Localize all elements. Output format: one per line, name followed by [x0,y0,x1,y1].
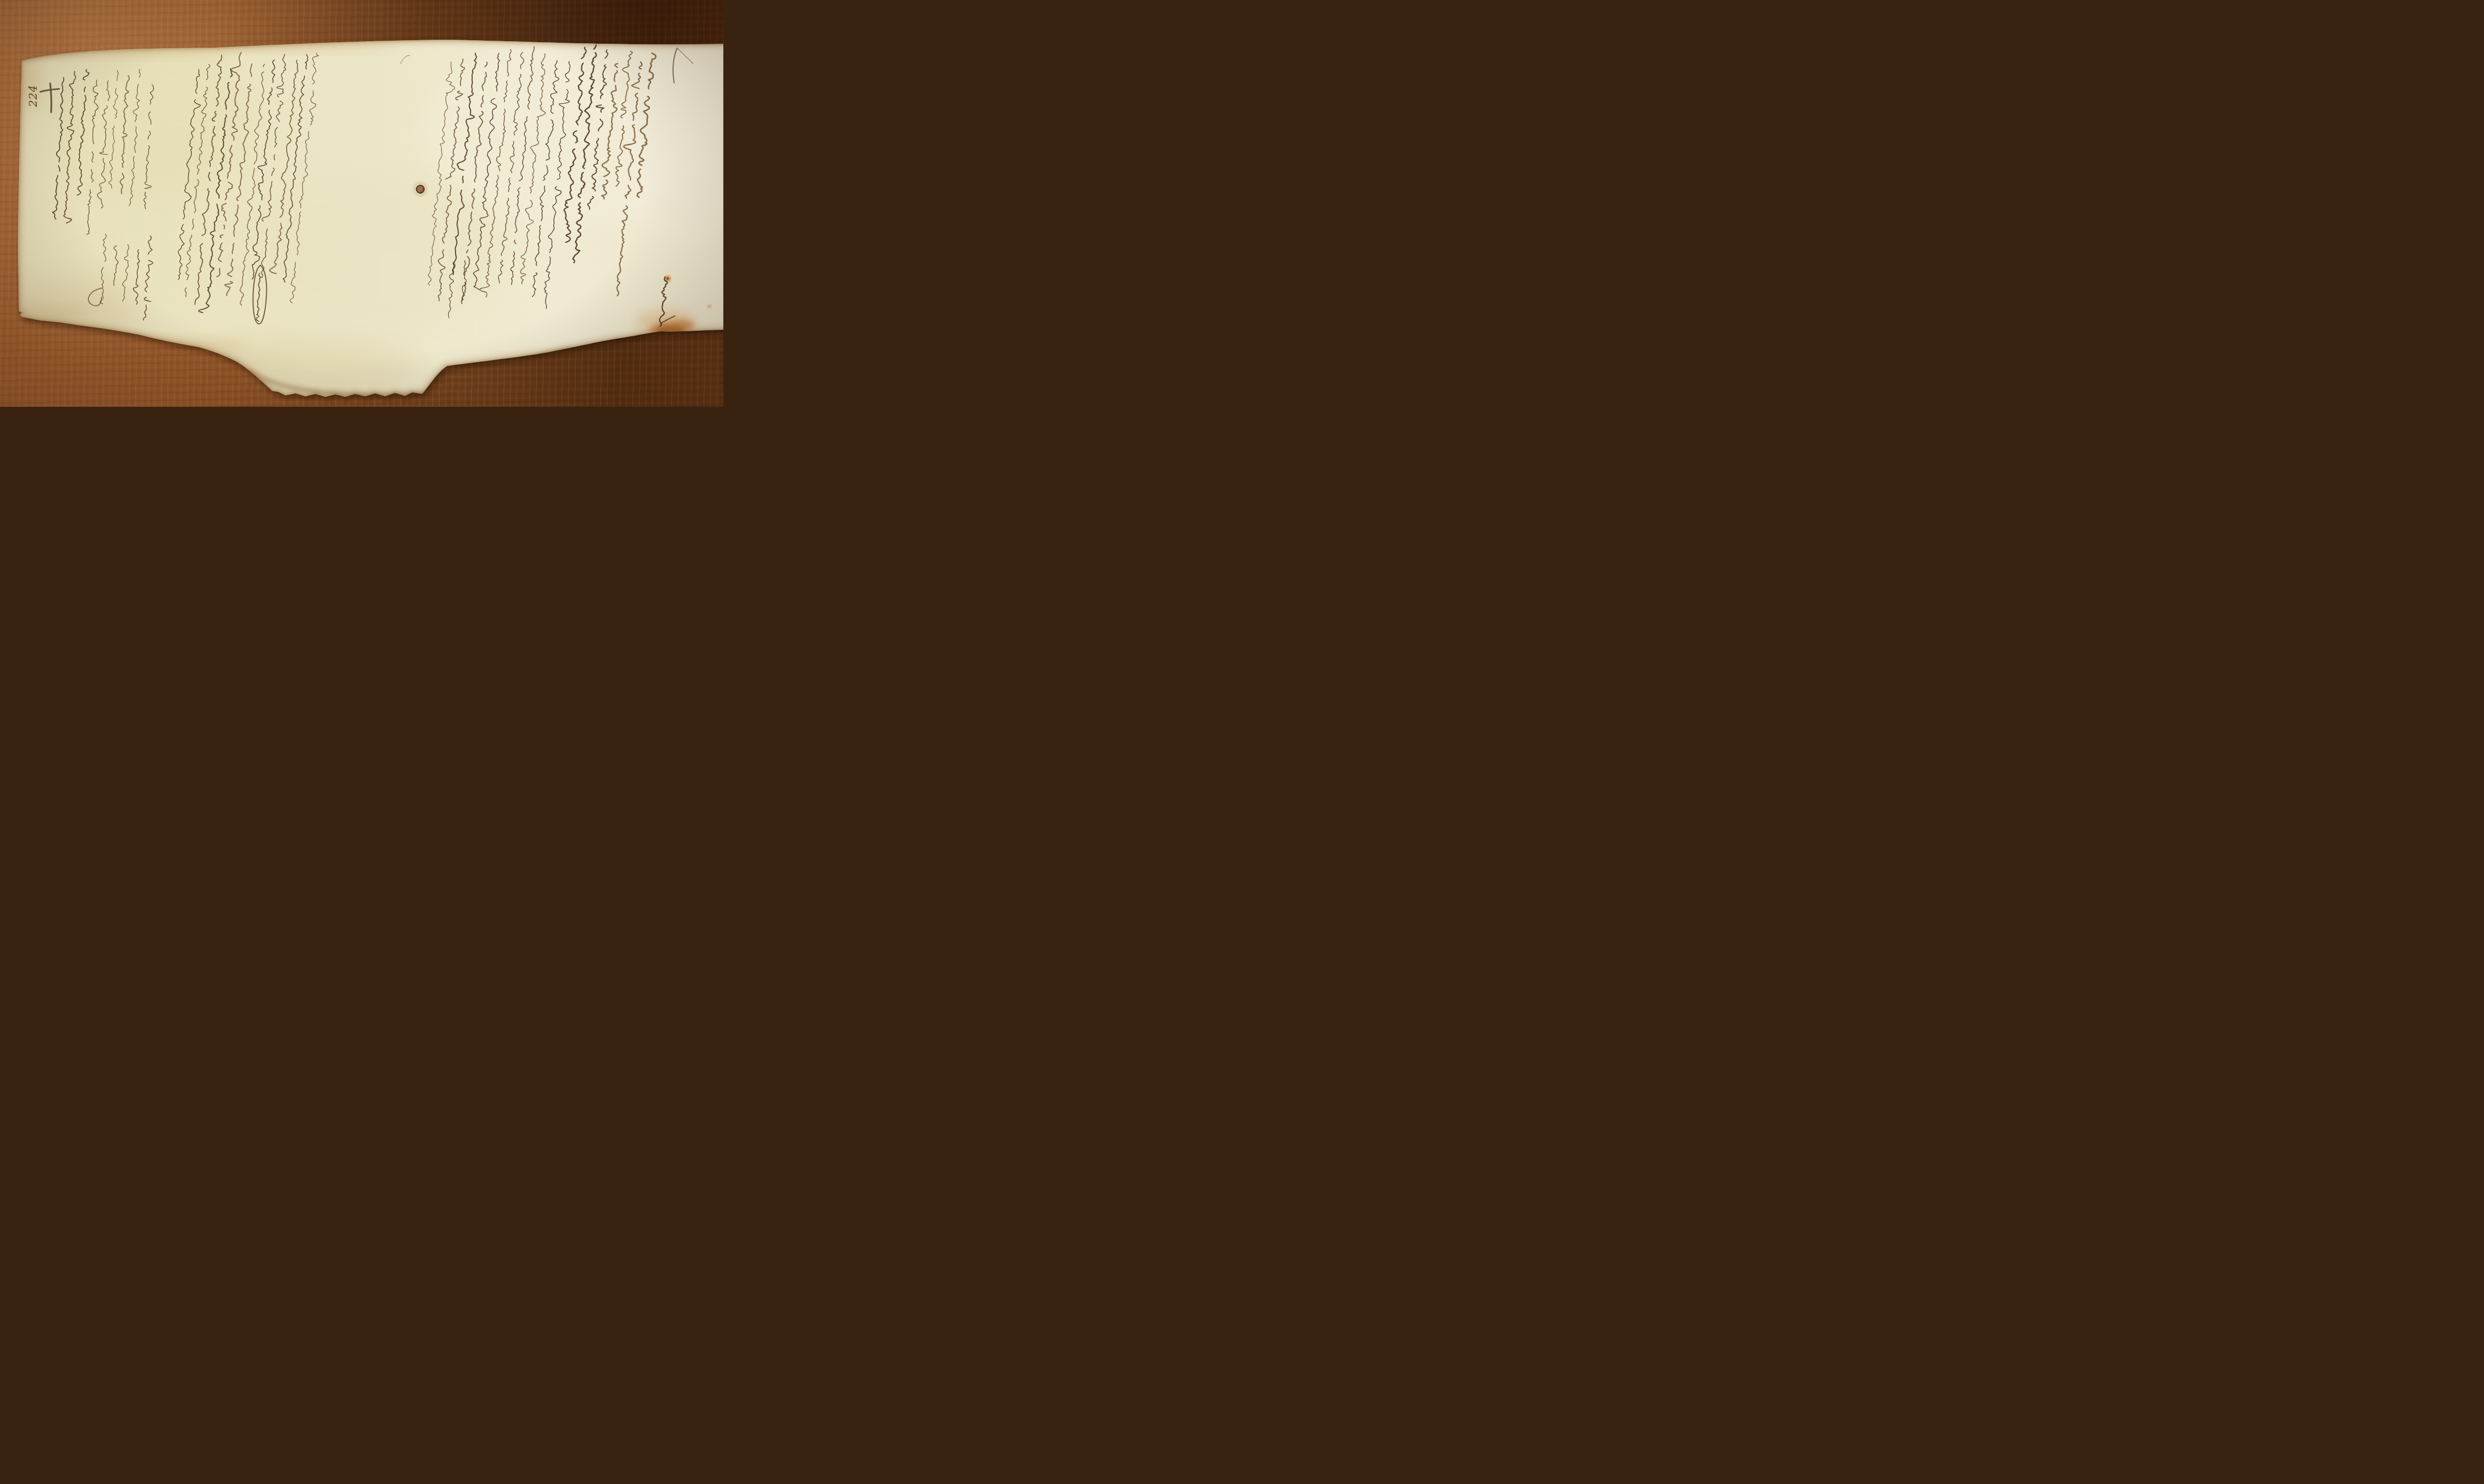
rust-stain-tiny [708,305,711,308]
wormhole [414,183,426,195]
folio-page-number: 224 [27,82,40,110]
photo-scene: 224 [0,0,723,407]
manuscript-svg [0,0,723,407]
